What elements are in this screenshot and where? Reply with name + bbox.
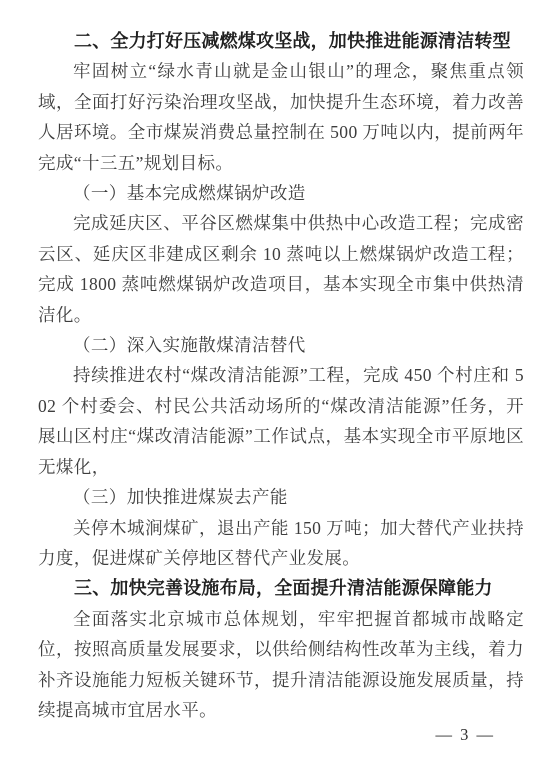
- paragraph: 牢固树立“绿水青山就是金山银山”的理念，聚焦重点领域，全面打好污染治理攻坚战，加…: [38, 56, 524, 178]
- section-heading: 三、加快完善设施布局，全面提升清洁能源保障能力: [38, 573, 524, 603]
- paragraph: 关停木城涧煤矿，退出产能 150 万吨；加大替代产业扶持力度，促进煤矿关停地区替…: [38, 513, 524, 574]
- sub-section-heading: （一）基本完成燃煤锅炉改造: [38, 178, 524, 208]
- paragraph: 全面落实北京城市总体规划，牢牢把握首都城市战略定位，按照高质量发展要求，以供给侧…: [38, 604, 524, 726]
- page-number: — 3 —: [436, 725, 496, 745]
- document-content: 二、全力打好压减燃煤攻坚战，加快推进能源清洁转型牢固树立“绿水青山就是金山银山”…: [38, 26, 524, 725]
- sub-section-heading: （二）深入实施散煤清洁替代: [38, 330, 524, 360]
- paragraph: 持续推进农村“煤改清洁能源”工程，完成 450 个村庄和 502 个村委会、村民…: [38, 360, 524, 482]
- paragraph: 完成延庆区、平谷区燃煤集中供热中心改造工程；完成密云区、延庆区非建成区剩余 10…: [38, 208, 524, 330]
- sub-section-heading: （三）加快推进煤炭去产能: [38, 482, 524, 512]
- section-heading: 二、全力打好压减燃煤攻坚战，加快推进能源清洁转型: [38, 26, 524, 56]
- document-page: 二、全力打好压减燃煤攻坚战，加快推进能源清洁转型牢固树立“绿水青山就是金山银山”…: [0, 0, 559, 759]
